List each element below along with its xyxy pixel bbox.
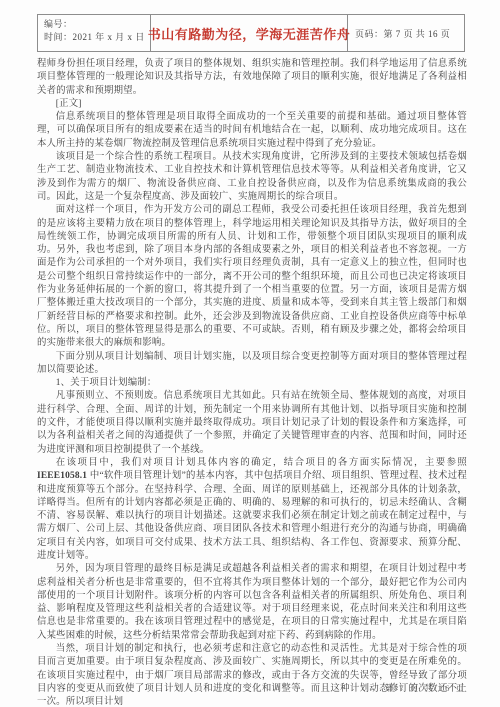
body-text: 程师身份担任项目经理，负责了项目的整体规划、组织实施和管理控制。我们科学地运用了… [37,59,467,96]
body-text: 在该项目中，我们对项目计划具体内容的确定，结合项目的各方面实际情况，主要参照 [56,458,467,468]
number-label: 编号： [44,18,150,31]
body-paragraph: 面对这样一个项目，作为开发方公司的副总工程师，我受公司委托担任该项目经理，我首先… [37,204,467,350]
body-text-bold: IEEE1058.1 [37,471,87,481]
footer-page-label: 第 7 页 共 16 页 [385,683,466,693]
body-text: 1、关于项目计划编制： [56,378,157,388]
header-table: 编号： 时间：2021 年 x 月 x 日 书山有路勤为径，学海无涯苦作舟 页码… [37,14,465,52]
body-text: 信息系统项目的整体管理是项目取得全面成功的一个至关重要的前提和基础。通过项目整体… [37,112,467,149]
body-text: 下面分别从项目计划编制、项目计划实施，以及项目综合变更控制等方面对项目的整体管理… [37,352,467,375]
body-paragraph: 凡事预则立、不预则废。信息系统项目尤其如此。只有站在统领全局、整体规划的高度，对… [37,390,467,456]
header-cell-number: 编号： 时间：2021 年 x 月 x 日 [38,15,151,51]
body-text: 面对这样一个项目，作为开发方公司的副总工程师，我受公司委托担任该项目经理，我首先… [37,205,467,348]
header-page-label: 页码：第 7 页 共 16 页 [355,27,450,40]
header-cell-page: 页码：第 7 页 共 16 页 [348,15,464,51]
body-text: 另外，因为项目管理的最终目标是满足或超越各利益相关者的需求和期望，在项目计划过程… [37,564,467,640]
body-paragraph: 当然，项目计划的制定和执行，也必须考虑和注意它的动态性和灵活性。尤其是对于综合性… [37,643,467,707]
document-body: 程师身份担任项目经理，负责了项目的整体规划、组织实施和管理控制。我们科学地运用了… [37,58,467,707]
date-label: 时间：2021 年 x 月 x 日 [44,31,150,44]
document-page: 编号： 时间：2021 年 x 月 x 日 书山有路勤为径，学海无涯苦作舟 页码… [0,0,500,707]
body-paragraph: 程师身份担任项目经理，负责了项目的整体规划、组织实施和管理控制。我们科学地运用了… [37,58,467,98]
body-paragraph: [正文] [37,98,467,111]
body-text: 当然，项目计划的制定和执行，也必须考虑和注意它的动态性和灵活性。尤其是对于综合性… [37,644,467,707]
body-paragraph: 信息系统项目的整体管理是项目取得全面成功的一个至关重要的前提和基础。通过项目整体… [37,111,467,151]
body-paragraph: 另外，因为项目管理的最终目标是满足或超越各利益相关者的需求和期望，在项目计划过程… [37,563,467,643]
body-text: 该项目是一个综合性的系统工程项目。从技术实现角度讲，它所涉及到的主要技术领域包括… [37,152,467,202]
slogan-text: 书山有路勤为径，学海无涯苦作舟 [148,24,351,43]
page-footer: 第 7 页 共 16 页 [385,682,466,694]
body-text: 中“软件项目管理计划”的基本内容，其中包括项目介绍、项目组织、管理过程、技术过程… [37,471,467,561]
body-text: [正文] [56,99,82,109]
body-paragraph: 该项目是一个综合性的系统工程项目。从技术实现角度讲，它所涉及到的主要技术领域包括… [37,151,467,204]
body-paragraph: 在该项目中，我们对项目计划具体内容的确定，结合项目的各方面实际情况，主要参照 I… [37,457,467,563]
body-paragraph: 下面分别从项目计划编制、项目计划实施，以及项目综合变更控制等方面对项目的整体管理… [37,351,467,378]
header-cell-slogan: 书山有路勤为径，学海无涯苦作舟 [151,15,348,51]
body-text: 凡事预则立、不预则废。信息系统项目尤其如此。只有站在统领全局、整体规划的高度，对… [37,391,467,454]
body-paragraph: 1、关于项目计划编制： [37,377,467,390]
